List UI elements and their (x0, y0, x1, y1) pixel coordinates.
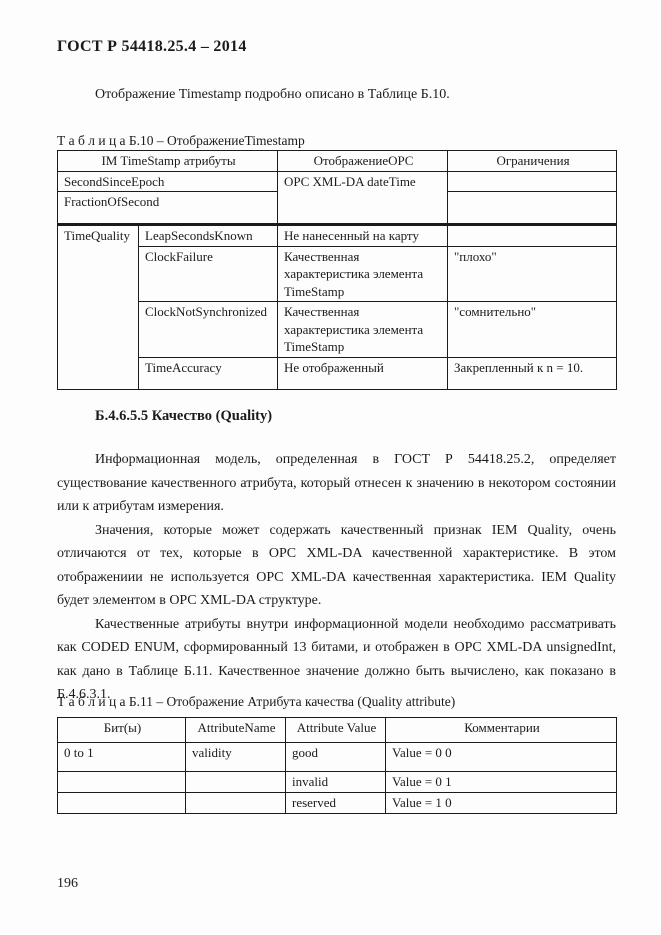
table-b10: IM TimeStamp атрибуты ОтображениеOPC Огр… (57, 150, 617, 390)
b10-cell-clock-failure-restriction: "плохо" (448, 246, 617, 302)
b11-cell-bits (58, 792, 186, 813)
b10-cell-second-since-epoch: SecondSinceEpoch (58, 171, 278, 192)
table-row: IM TimeStamp атрибуты ОтображениеOPC Огр… (58, 151, 617, 172)
table-row: ClockFailure Качественная характеристика… (58, 246, 617, 302)
table-row: SecondSinceEpoch OPC XML-DA dateTime (58, 171, 617, 192)
b11-cell-attr-name (186, 792, 286, 813)
b10-cell-time-accuracy-mapping: Не отображенный (278, 357, 448, 389)
b10-cell-clock-not-sync: ClockNotSynchronized (139, 302, 278, 358)
section-heading: Б.4.6.5.5 Качество (Quality) (95, 408, 272, 425)
table-row: 0 to 1 validity good Value = 0 0 (58, 743, 617, 772)
b11-cell-attr-value: invalid (286, 772, 386, 793)
doc-header-title: ГОСТ Р 54418.25.4 – 2014 (57, 38, 247, 56)
table-row: reserved Value = 1 0 (58, 792, 617, 813)
table-b11: Бит(ы) AttributeName Attribute Value Ком… (57, 717, 617, 814)
b10-cell-clock-failure: ClockFailure (139, 246, 278, 302)
b10-cell-time-accuracy-restriction: Закрепленный к n = 10. (448, 357, 617, 389)
table-row: ClockNotSynchronized Качественная характ… (58, 302, 617, 358)
b10-cell-clock-not-sync-mapping: Качественная характеристика элемента Tim… (278, 302, 448, 358)
b10-cell-time-quality: TimeQuality (58, 225, 139, 390)
b10-cell-empty (448, 225, 617, 247)
b10-header-attributes: IM TimeStamp атрибуты (58, 151, 278, 172)
b11-cell-comment: Value = 1 0 (386, 792, 617, 813)
b11-header-attribute-value: Attribute Value (286, 718, 386, 743)
b11-header-bits: Бит(ы) (58, 718, 186, 743)
b10-cell-opc-datetime: OPC XML-DA dateTime (278, 171, 448, 225)
b11-cell-attr-value: reserved (286, 792, 386, 813)
b10-header-restrictions: Ограничения (448, 151, 617, 172)
b11-header-attribute-name: AttributeName (186, 718, 286, 743)
b10-cell-empty (448, 192, 617, 225)
page-number: 196 (57, 876, 78, 892)
table-row: invalid Value = 0 1 (58, 772, 617, 793)
b10-cell-clock-not-sync-restriction: "сомнительно" (448, 302, 617, 358)
intro-paragraph: Отображение Timestamp подробно описано в… (57, 87, 616, 103)
table-b11-caption: Т а б л и ц а Б.11 – Отображение Атрибут… (57, 694, 616, 710)
b11-cell-bits (58, 772, 186, 793)
b11-cell-attr-name: validity (186, 743, 286, 772)
paragraph: Качественные атрибуты внутри информацион… (57, 613, 616, 707)
table-row: TimeAccuracy Не отображенный Закрепленны… (58, 357, 617, 389)
b10-cell-time-accuracy: TimeAccuracy (139, 357, 278, 389)
table-row: Бит(ы) AttributeName Attribute Value Ком… (58, 718, 617, 743)
b10-cell-clock-failure-mapping: Качественная характеристика элемента Tim… (278, 246, 448, 302)
b10-cell-leap-seconds-mapping: Не нанесенный на карту (278, 225, 448, 247)
b10-header-mapping: ОтображениеOPC (278, 151, 448, 172)
b11-header-comments: Комментарии (386, 718, 617, 743)
b10-cell-fraction-of-second: FractionOfSecond (58, 192, 278, 225)
paragraph: Значения, которые может содержать качест… (57, 519, 616, 613)
b10-cell-leap-seconds-known: LeapSecondsKnown (139, 225, 278, 247)
b11-cell-comment: Value = 0 0 (386, 743, 617, 772)
b10-cell-empty (448, 171, 617, 192)
table-b10-caption: Т а б л и ц а Б.10 – ОтображениеTimestam… (57, 133, 616, 149)
body-text-block: Информационная модель, определенная в ГО… (57, 448, 616, 707)
b11-cell-comment: Value = 0 1 (386, 772, 617, 793)
document-page: ГОСТ Р 54418.25.4 – 2014 Отображение Tim… (0, 0, 661, 935)
b11-cell-bits: 0 to 1 (58, 743, 186, 772)
paragraph: Информационная модель, определенная в ГО… (57, 448, 616, 519)
b11-cell-attr-name (186, 772, 286, 793)
b11-cell-attr-value: good (286, 743, 386, 772)
table-row: TimeQuality LeapSecondsKnown Не нанесенн… (58, 225, 617, 247)
